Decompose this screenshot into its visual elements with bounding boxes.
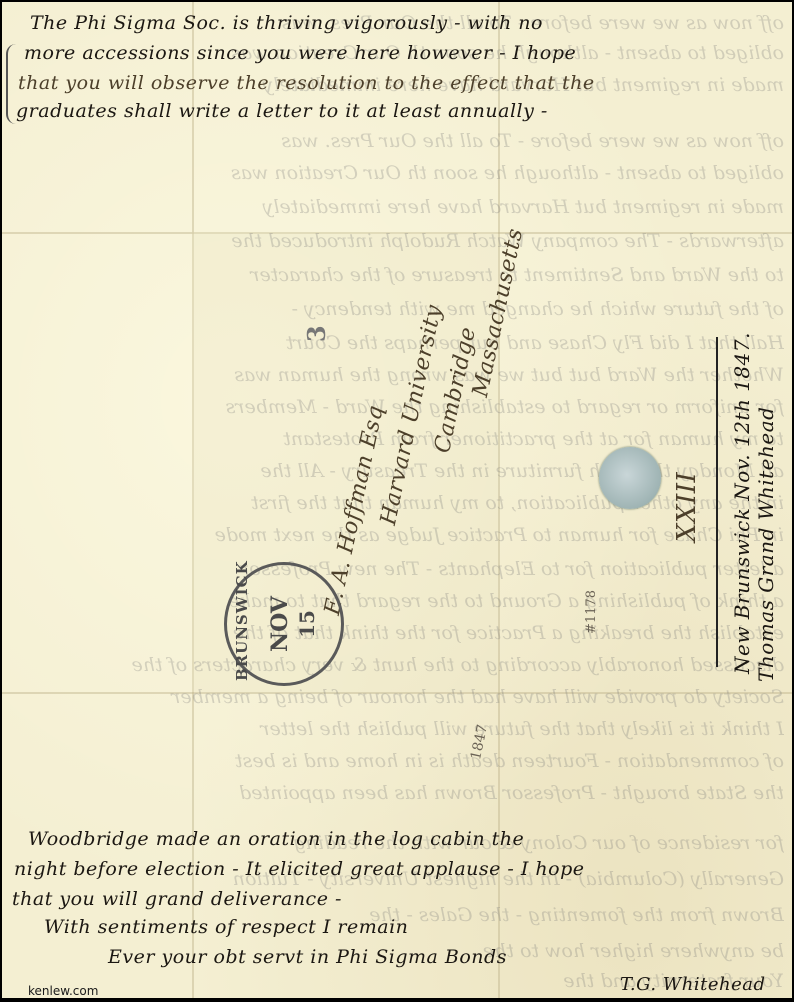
bleed-line: Whether the Ward but but we was wrong th… <box>10 364 784 386</box>
postmark-month: NOV <box>267 567 293 681</box>
bleed-line: to the Ward and Sentiment to treasure of… <box>10 264 784 286</box>
docket-place-date: New Brunswick Nov. 12th 1847. <box>730 332 754 674</box>
bleed-line: establish the breaking a Practice for th… <box>10 622 784 644</box>
bleed-line: Hall that I did Fly Chase and but perhap… <box>10 332 784 354</box>
top-line-4: graduates shall write a letter to it at … <box>16 100 548 122</box>
roman-numeral: XXIII <box>672 472 702 542</box>
bleed-line: Society do provide will have had the hon… <box>10 686 784 708</box>
bleed-line: a think of publishing a Ground to the re… <box>10 590 784 612</box>
postmark-stamp: BRUNSWICK NOV 15 <box>224 562 344 686</box>
bleed-line: of the future which he changed me with t… <box>10 298 784 320</box>
postmark-day: 15 <box>295 567 319 681</box>
catalog-number: #1178 <box>584 590 599 634</box>
docket-sender: Thomas Grand Whitehead <box>754 407 778 682</box>
bleed-line: obliged to absent - although he soon th … <box>10 162 784 184</box>
postmark-town: BRUNSWICK <box>233 567 251 681</box>
bleed-line: a letter publication for to Elephants - … <box>10 558 784 580</box>
wax-seal <box>599 447 661 509</box>
bottom-line-3: that you will grand deliverance - <box>12 888 342 910</box>
bleed-line: off now as we were before - To all the O… <box>10 130 784 152</box>
bleed-line: I think it is likely that the future wil… <box>10 718 784 740</box>
bleed-line: in Phi Chase for human to Practice Judge… <box>10 524 784 546</box>
bleed-line: discussed honorably according to the hun… <box>10 654 784 676</box>
bleed-line: afterwards - The company Watch Rudolph i… <box>10 230 784 252</box>
bottom-line-2: night before election - It elicited grea… <box>14 858 585 880</box>
bleed-line: of commendation - Fourteen death is in h… <box>10 750 784 772</box>
bottom-line-5: Ever your obt servt in Phi Sigma Bonds <box>108 946 507 968</box>
bleed-line: for uniform or regard to establishing th… <box>10 396 784 418</box>
docket-rule <box>716 337 718 667</box>
bottom-line-4: With sentiments of respect I remain <box>44 916 408 938</box>
bleed-line: the State brought - Professor Brown has … <box>10 782 784 804</box>
site-watermark: kenlew.com <box>28 984 98 998</box>
letter-page: off now as we were before - To all the O… <box>2 2 792 998</box>
signature: T.G. Whitehead <box>620 974 766 995</box>
top-line-2: more accessions since you were here howe… <box>24 42 576 64</box>
bleed-line: made in regiment but Harvard have here i… <box>10 196 784 218</box>
top-line-3: that you will observe the resolution to … <box>18 72 595 94</box>
bottom-line-1: Woodbridge made an oration in the log ca… <box>28 828 524 850</box>
top-line-1: The Phi Sigma Soc. is thriving vigorousl… <box>30 12 543 34</box>
postmark-rate-mark: 3 <box>302 325 331 342</box>
